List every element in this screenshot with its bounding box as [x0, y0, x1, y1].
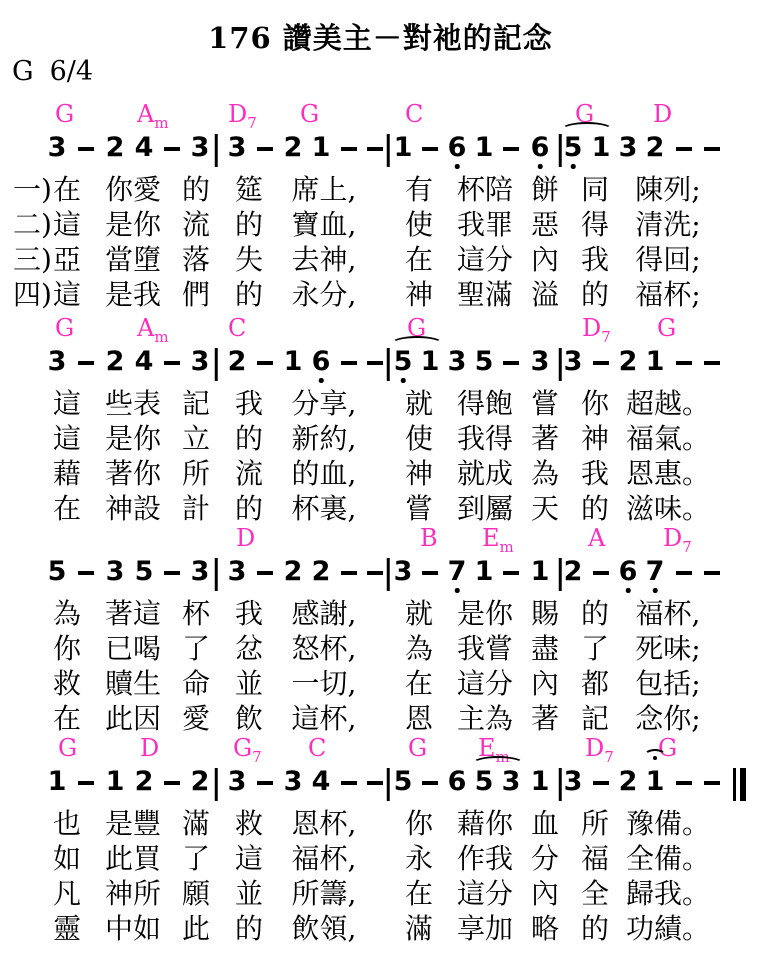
lyric-cell: 神 — [405, 458, 433, 490]
lyric-cell: 寶血, — [292, 209, 357, 241]
duration-dash-icon — [341, 361, 357, 365]
barline-icon — [215, 348, 218, 381]
lyric-cell: 賜 — [531, 598, 559, 630]
lyric-cell: 救 — [235, 808, 263, 840]
lyric-cell: 主為 — [457, 703, 513, 735]
lyric-line: 這些表記我分享,就得飽嘗你超越。 — [0, 388, 761, 422]
lyric-cell: 贖生 — [105, 668, 161, 700]
lyric-cell: 救 — [53, 668, 81, 700]
lyric-cell: 恩惠。 — [626, 458, 710, 490]
note-number: 5 — [135, 555, 154, 589]
lyric-cell: 死味; — [635, 633, 700, 665]
lyric-cell: 為 — [531, 458, 559, 490]
note-number: 5 — [475, 345, 494, 379]
chord-symbol: G — [300, 101, 319, 127]
lyric-cell: 滿 — [405, 913, 433, 945]
chord-symbol: A — [588, 525, 605, 551]
duration-dash-icon — [593, 571, 609, 575]
lyric-cell: 的 — [235, 209, 263, 241]
note-number: 5 — [48, 555, 67, 589]
lyric-cell: 福杯, — [636, 598, 701, 630]
lyric-cell: 杯陪 — [457, 174, 513, 206]
barline-icon — [559, 558, 562, 591]
lyric-cell: 是我 — [105, 279, 161, 311]
note-number: 3 — [48, 131, 67, 165]
duration-dash-icon — [676, 781, 692, 785]
note-number: 6 — [448, 131, 467, 165]
duration-dash-icon — [704, 571, 720, 575]
lyric-cell: 些表 — [105, 388, 161, 420]
lyric-cell: 神 — [405, 279, 433, 311]
lyric-cell: 著這 — [105, 598, 161, 630]
note-number: 3 — [448, 345, 467, 379]
lyric-cell: 神 — [581, 423, 609, 455]
lyric-cell: 歸我。 — [626, 878, 710, 910]
lyric-cell: 是你 — [105, 209, 161, 241]
lyric-line: 藉著你所流的血,神就成為我恩惠。 — [0, 458, 761, 492]
duration-dash-icon — [676, 147, 692, 151]
lyric-cell: 在 — [405, 244, 433, 276]
duration-dash-icon — [78, 781, 94, 785]
final-barline-icon — [740, 768, 746, 801]
note-number: 2 — [228, 345, 247, 379]
duration-dash-icon — [503, 147, 519, 151]
duration-dash-icon — [367, 571, 383, 575]
note-number: 2 — [284, 555, 303, 589]
lyric-cell: 同 — [581, 174, 609, 206]
lyric-line: 救贖生命並一切,在這分內都包括; — [0, 668, 761, 702]
note-number: 2 — [284, 131, 303, 165]
note-number: 3 — [106, 555, 125, 589]
lyric-cell: 福 — [581, 843, 609, 875]
duration-dash-icon — [704, 361, 720, 365]
lyric-cell: 的 — [235, 279, 263, 311]
barline-icon — [215, 134, 218, 167]
lyric-cell: 怒杯, — [292, 633, 357, 665]
note-number: 4 — [135, 345, 154, 379]
lyric-cell: 我得 — [457, 423, 513, 455]
lyric-line: 這是你立的新約,使我得著神福氣。 — [0, 423, 761, 457]
lyric-cell: 感謝, — [292, 598, 357, 630]
duration-dash-icon — [367, 361, 383, 365]
lyric-cell: 我嘗 — [457, 633, 513, 665]
lyric-line: 三)亞當墮落失去神,在這分內我得回; — [0, 244, 761, 278]
verse-number-label: 一) — [13, 174, 52, 206]
lyric-cell: 都 — [581, 668, 609, 700]
lyric-cell: 就 — [405, 598, 433, 630]
note-number: 7 — [646, 555, 665, 589]
chord-symbol: D — [140, 735, 159, 761]
note-number: 1 — [106, 765, 125, 799]
low-octave-dot-icon — [626, 588, 631, 593]
lyric-cell: 命 — [182, 668, 210, 700]
chord-symbol: D — [653, 101, 672, 127]
lyric-cell: 這 — [235, 843, 263, 875]
duration-dash-icon — [257, 571, 273, 575]
lyric-cell: 恩杯, — [292, 808, 357, 840]
lyric-cell: 這分 — [457, 878, 513, 910]
lyric-cell: 嘗 — [531, 388, 559, 420]
note-number: 1 — [475, 131, 494, 165]
lyric-cell: 你 — [53, 633, 81, 665]
low-octave-dot-icon — [538, 164, 543, 169]
key-letter: G — [12, 56, 34, 87]
lyric-cell: 藉你 — [457, 808, 513, 840]
lyric-line: 一)在你愛的筵席上,有杯陪餅同陳列; — [0, 174, 761, 208]
lyric-cell: 亞 — [53, 244, 81, 276]
lyric-cell: 我 — [235, 598, 263, 630]
note-number: 3 — [284, 765, 303, 799]
barline-icon — [387, 768, 390, 801]
lyric-cell: 了 — [581, 633, 609, 665]
lyric-cell: 所 — [182, 458, 210, 490]
lyric-cell: 在 — [405, 878, 433, 910]
note-number: 3 — [191, 555, 210, 589]
lyric-cell: 內 — [531, 244, 559, 276]
lyric-cell: 內 — [531, 878, 559, 910]
lyric-cell: 了 — [182, 843, 210, 875]
lyric-cell: 分 — [531, 843, 559, 875]
low-octave-dot-icon — [455, 164, 460, 169]
duration-dash-icon — [367, 781, 383, 785]
lyric-cell: 凡 — [53, 878, 81, 910]
duration-dash-icon — [422, 147, 438, 151]
lyric-cell: 當墮 — [105, 244, 161, 276]
duration-dash-icon — [367, 147, 383, 151]
duration-dash-icon — [704, 147, 720, 151]
note-number: 6 — [448, 765, 467, 799]
lyric-line: 四)這是我們的永分,神聖滿溢的福杯; — [0, 279, 761, 313]
lyric-cell: 就成 — [457, 458, 513, 490]
lyric-cell: 福杯; — [635, 279, 700, 311]
final-barline-icon — [733, 768, 736, 801]
lyric-cell: 恩 — [405, 703, 433, 735]
slur-arc-icon — [472, 756, 524, 771]
note-number: 3 — [228, 131, 247, 165]
lyric-cell: 的 — [235, 423, 263, 455]
lyric-cell: 為 — [405, 633, 433, 665]
slur-arc-icon — [391, 336, 443, 351]
duration-dash-icon — [341, 571, 357, 575]
note-number: 2 — [312, 555, 331, 589]
note-number: 6 — [312, 345, 331, 379]
barline-icon — [387, 558, 390, 591]
lyric-cell: 永 — [405, 843, 433, 875]
lyric-cell: 功績。 — [626, 913, 710, 945]
lyric-cell: 中如 — [105, 913, 161, 945]
barline-icon — [215, 768, 218, 801]
lyric-cell: 流 — [182, 209, 210, 241]
note-number: 1 — [531, 555, 550, 589]
lyric-line: 在神設計的杯裏,嘗到屬天的滋味。 — [0, 493, 761, 527]
lyric-cell: 盡 — [531, 633, 559, 665]
barline-icon — [215, 558, 218, 591]
lyric-cell: 流 — [235, 458, 263, 490]
lyric-cell: 得回; — [635, 244, 700, 276]
lyric-line: 你已喝了忿怒杯,為我嘗盡了死味; — [0, 633, 761, 667]
chord-symbol: Am — [137, 315, 169, 341]
note-number: 3 — [394, 555, 413, 589]
time-signature: 6/4 — [50, 56, 93, 87]
note-number: 3 — [228, 555, 247, 589]
lyric-cell: 福氣。 — [626, 423, 710, 455]
chord-symbol: D7 — [585, 735, 614, 761]
low-octave-dot-icon — [401, 378, 406, 383]
lyric-cell: 到屬 — [457, 493, 513, 525]
lyric-cell: 的血, — [292, 458, 357, 490]
lyric-line: 在此因愛飲這杯,恩主為著記念你; — [0, 703, 761, 737]
duration-dash-icon — [422, 571, 438, 575]
lyric-cell: 此 — [182, 913, 210, 945]
duration-dash-icon — [341, 147, 357, 151]
chord-symbol: D7 — [663, 525, 692, 551]
lyric-line: 也是豐滿救恩杯,你藉你血所豫備。 — [0, 808, 761, 842]
lyric-cell: 席上, — [292, 174, 357, 206]
note-number: 1 — [48, 765, 67, 799]
lyric-cell: 筵 — [235, 174, 263, 206]
lyric-cell: 嘗 — [405, 493, 433, 525]
lyric-cell: 這 — [53, 279, 81, 311]
chord-symbol: G — [55, 101, 74, 127]
duration-dash-icon — [164, 147, 180, 151]
note-number: 3 — [619, 131, 638, 165]
lyric-cell: 我 — [235, 388, 263, 420]
lyric-cell: 記 — [182, 388, 210, 420]
lyric-cell: 超越。 — [626, 388, 710, 420]
lyric-cell: 是你 — [457, 598, 513, 630]
lyric-cell: 這杯, — [292, 703, 357, 735]
lyric-cell: 餅 — [531, 174, 559, 206]
lyric-cell: 此買 — [105, 843, 161, 875]
note-number: 3 — [48, 345, 67, 379]
duration-dash-icon — [422, 781, 438, 785]
note-number: 5 — [394, 765, 413, 799]
music-system-2: GAmCGD7G324321651353321這些表記我分享,就得飽嘗你超越。這… — [0, 315, 761, 529]
note-number: 2 — [106, 345, 125, 379]
lyric-line: 二)這是你流的寶血,使我罪惡得清洗; — [0, 209, 761, 243]
lyric-cell: 在 — [53, 493, 81, 525]
note-number: 4 — [312, 765, 331, 799]
lyric-cell: 全備。 — [626, 843, 710, 875]
lyric-cell: 愛 — [182, 703, 210, 735]
lyric-cell: 清洗; — [635, 209, 700, 241]
chord-symbol: C — [308, 735, 326, 761]
lyric-cell: 我 — [581, 244, 609, 276]
chord-symbol: C — [228, 315, 246, 341]
lyric-cell: 你 — [405, 808, 433, 840]
note-number: 1 — [531, 765, 550, 799]
fermata-icon — [653, 756, 657, 760]
lyric-cell: 著 — [531, 423, 559, 455]
lyric-cell: 全 — [581, 878, 609, 910]
duration-dash-icon — [704, 781, 720, 785]
duration-dash-icon — [341, 781, 357, 785]
lyric-cell: 了 — [182, 633, 210, 665]
lyric-cell: 神設 — [105, 493, 161, 525]
lyric-cell: 就 — [405, 388, 433, 420]
lyric-line: 凡神所願並所籌,在這分內全歸我。 — [0, 878, 761, 912]
chord-symbol: G — [58, 735, 77, 761]
lyric-cell: 所籌, — [292, 878, 357, 910]
lyric-cell: 此因 — [105, 703, 161, 735]
lyric-cell: 去神, — [292, 244, 357, 276]
lyric-cell: 聖滿 — [457, 279, 513, 311]
lyric-cell: 陳列; — [635, 174, 700, 206]
lyric-cell: 靈 — [53, 913, 81, 945]
note-number: 1 — [312, 131, 331, 165]
lyric-cell: 並 — [235, 878, 263, 910]
duration-dash-icon — [503, 571, 519, 575]
lyric-cell: 血 — [531, 808, 559, 840]
lyric-cell: 是豐 — [105, 808, 161, 840]
note-number: 1 — [394, 131, 413, 165]
chord-symbol: D7 — [582, 315, 611, 341]
lyric-line: 為著這杯我感謝,就是你賜的福杯, — [0, 598, 761, 632]
duration-dash-icon — [503, 361, 519, 365]
lyric-cell: 願 — [182, 878, 210, 910]
note-number: 2 — [564, 555, 583, 589]
lyric-cell: 得 — [581, 209, 609, 241]
low-octave-dot-icon — [455, 588, 460, 593]
lyric-cell: 使 — [405, 423, 433, 455]
lyric-line: 靈中如此的飲領,滿享加略的功績。 — [0, 913, 761, 947]
duration-dash-icon — [593, 361, 609, 365]
chord-symbol: B — [420, 525, 438, 551]
duration-dash-icon — [164, 361, 180, 365]
lyric-cell: 在 — [53, 703, 81, 735]
lyric-cell: 所 — [581, 808, 609, 840]
note-number: 7 — [448, 555, 467, 589]
lyric-cell: 落 — [182, 244, 210, 276]
chord-symbol: G — [408, 735, 427, 761]
lyric-cell: 失 — [235, 244, 263, 276]
music-system-3: DBEmAD753533223711267為著這杯我感謝,就是你賜的福杯,你已喝… — [0, 525, 761, 739]
duration-dash-icon — [257, 781, 273, 785]
lyric-cell: 溢 — [531, 279, 559, 311]
duration-dash-icon — [593, 781, 609, 785]
note-number: 2 — [646, 131, 665, 165]
note-number: 3 — [228, 765, 247, 799]
hymn-sheet-page: 176 讚美主－對祂的記念 G6/4 GAmD7GCGD324332116165… — [0, 0, 761, 975]
verse-number-label: 三) — [13, 244, 52, 276]
barline-icon — [559, 134, 562, 167]
note-number: 3 — [191, 345, 210, 379]
lyric-cell: 這分 — [457, 668, 513, 700]
note-number: 6 — [531, 131, 550, 165]
lyric-cell: 為 — [53, 598, 81, 630]
lyric-cell: 神所 — [105, 878, 161, 910]
lyric-cell: 惡 — [531, 209, 559, 241]
lyric-cell: 你 — [581, 388, 609, 420]
low-octave-dot-icon — [319, 378, 324, 383]
note-number: 2 — [619, 345, 638, 379]
lyric-line: 如此買了這福杯,永作我分福全備。 — [0, 843, 761, 877]
note-number: 1 — [646, 765, 665, 799]
lyric-cell: 著你 — [105, 458, 161, 490]
lyric-cell: 是你 — [105, 423, 161, 455]
lyric-cell: 已喝 — [105, 633, 161, 665]
duration-dash-icon — [257, 147, 273, 151]
lyric-cell: 的 — [235, 493, 263, 525]
lyric-cell: 你愛 — [105, 174, 161, 206]
note-number: 3 — [531, 345, 550, 379]
note-number: 2 — [619, 765, 638, 799]
lyric-cell: 忿 — [235, 633, 263, 665]
lyric-cell: 在 — [405, 668, 433, 700]
lyric-cell: 們 — [182, 279, 210, 311]
chord-symbol: D7 — [228, 101, 257, 127]
lyric-cell: 計 — [182, 493, 210, 525]
lyric-cell: 我 — [581, 458, 609, 490]
duration-dash-icon — [78, 571, 94, 575]
lyric-cell: 內 — [531, 668, 559, 700]
low-octave-dot-icon — [571, 164, 576, 169]
music-system-4: GDG7CGEmD7G112233456531321也是豐滿救恩杯,你藉你血所豫… — [0, 735, 761, 949]
lyric-cell: 滿 — [182, 808, 210, 840]
duration-dash-icon — [164, 781, 180, 785]
lyric-cell: 杯 — [182, 598, 210, 630]
key-signature: G6/4 — [12, 56, 93, 87]
lyric-cell: 的 — [581, 279, 609, 311]
note-number: 1 — [284, 345, 303, 379]
verse-number-label: 四) — [13, 279, 52, 311]
chord-symbol: D — [236, 525, 255, 551]
chord-symbol: G — [657, 315, 676, 341]
lyric-cell: 這 — [53, 209, 81, 241]
lyric-cell: 一切, — [292, 668, 357, 700]
note-number: 6 — [619, 555, 638, 589]
lyric-cell: 念你; — [635, 703, 700, 735]
chord-symbol: Em — [482, 525, 514, 551]
lyric-cell: 這 — [53, 388, 81, 420]
barline-icon — [387, 134, 390, 167]
hymn-title: 176 讚美主－對祂的記念 — [0, 16, 761, 57]
lyric-cell: 使 — [405, 209, 433, 241]
lyric-cell: 豫備。 — [626, 808, 710, 840]
note-number: 3 — [564, 765, 583, 799]
note-number: 1 — [475, 555, 494, 589]
lyric-cell: 立 — [182, 423, 210, 455]
lyric-cell: 我罪 — [457, 209, 513, 241]
lyric-cell: 分享, — [292, 388, 357, 420]
slur-arc-icon — [561, 122, 613, 137]
note-number: 2 — [191, 765, 210, 799]
lyric-cell: 的 — [581, 493, 609, 525]
lyric-cell: 略 — [531, 913, 559, 945]
note-number: 3 — [564, 345, 583, 379]
chord-symbol: Am — [137, 101, 169, 127]
duration-dash-icon — [676, 571, 692, 575]
lyric-cell: 杯裏, — [292, 493, 357, 525]
note-number: 2 — [135, 765, 154, 799]
lyric-cell: 作我 — [457, 843, 513, 875]
chord-symbol: C — [405, 101, 423, 127]
lyric-cell: 包括; — [635, 668, 700, 700]
lyric-cell: 滋味。 — [626, 493, 710, 525]
duration-dash-icon — [164, 571, 180, 575]
duration-dash-icon — [78, 147, 94, 151]
verse-number-label: 二) — [13, 209, 52, 241]
lyric-cell: 永分, — [292, 279, 357, 311]
note-number: 3 — [191, 131, 210, 165]
note-number: 1 — [646, 345, 665, 379]
lyric-cell: 的 — [581, 598, 609, 630]
lyric-cell: 的 — [182, 174, 210, 206]
lyric-cell: 有 — [405, 174, 433, 206]
lyric-cell: 著 — [531, 703, 559, 735]
lyric-cell: 記 — [581, 703, 609, 735]
lyric-cell: 在 — [53, 174, 81, 206]
